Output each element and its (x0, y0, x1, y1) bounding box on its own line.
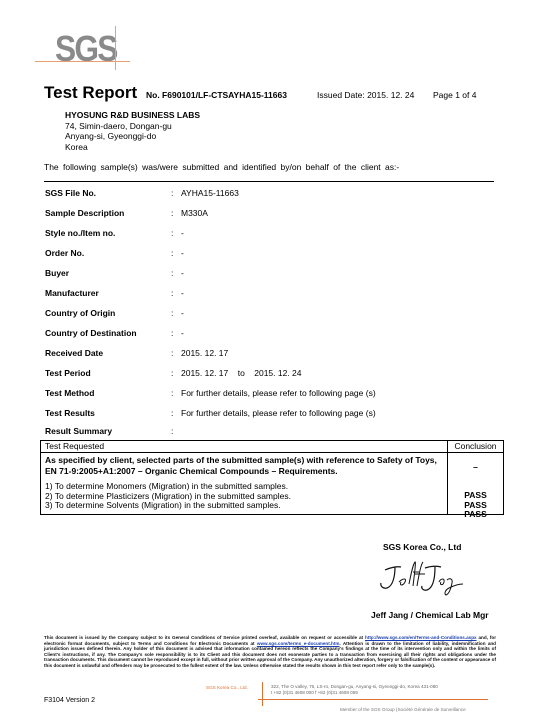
form-version: F3104 Version 2 (44, 697, 95, 704)
field-value: For further details, please refer to fol… (181, 388, 376, 398)
field-label: Test Period (45, 368, 170, 378)
footer-address-line: 322, The O valley, 76, LS-ro, Dongan-gu,… (271, 684, 438, 690)
client-address-block: HYOSUNG R&D BUSINESS LABS 74, Simin-daer… (65, 110, 200, 152)
footer-phone-line: t +82 (0)31 4608 000 f +82 (0)31 4608 05… (271, 690, 438, 696)
field-value: 2015. 12. 17 (181, 348, 228, 358)
footer-divider-vertical (262, 682, 263, 706)
field-value: - (181, 328, 184, 338)
footer-divider-horizontal (258, 699, 488, 700)
header-test-requested: Test Requested (41, 441, 448, 452)
field-separator: : (171, 288, 173, 298)
field-separator: : (171, 328, 173, 338)
field-value: - (181, 248, 184, 258)
field-separator: : (171, 368, 173, 378)
field-label: Received Date (45, 348, 170, 358)
field-label: Country of Origin (45, 308, 170, 318)
field-separator: : (171, 228, 173, 238)
field-label: SGS File No. (45, 188, 170, 198)
field-value: - (181, 308, 184, 318)
field-label: Country of Destination (45, 328, 170, 338)
intro-statement: The following sample(s) was/were submitt… (44, 162, 399, 172)
sgs-group-membership: Member of the SGS Group (Société Général… (340, 707, 466, 712)
field-value: AYHA15-11663 (181, 188, 239, 198)
field-value: M330A (181, 208, 208, 218)
client-name: HYOSUNG R&D BUSINESS LABS (65, 110, 200, 121)
field-separator: : (171, 408, 173, 418)
sgs-logo: SGS (55, 28, 117, 70)
field-label: Order No. (45, 248, 170, 258)
legal-disclaimer: This document is issued by the Company s… (44, 635, 496, 669)
test-specification: As specified by client, selected parts o… (45, 455, 443, 476)
field-separator: : (171, 248, 173, 258)
table-row: As specified by client, selected parts o… (41, 453, 503, 514)
result-summary-table: Test Requested Conclusion As specified b… (40, 440, 504, 515)
field-label: Test Results (45, 408, 170, 418)
test-conclusion: PASS (448, 510, 503, 520)
field-label: Sample Description (45, 208, 170, 218)
field-separator: : (171, 388, 173, 398)
field-separator: : (171, 208, 173, 218)
signing-company: SGS Korea Co., Ltd (383, 542, 461, 552)
footer-company: SGS Korea Co., Ltd. (206, 685, 248, 690)
field-separator: : (171, 308, 173, 318)
header-conclusion: Conclusion (448, 441, 503, 452)
issued-date: Issued Date: 2015. 12. 24 (317, 90, 414, 100)
handwritten-signature (375, 558, 465, 603)
field-separator: : (171, 426, 173, 436)
report-title: Test Report (44, 83, 137, 103)
field-label: Style no./Item no. (45, 228, 170, 238)
field-label: Buyer (45, 268, 170, 278)
divider (44, 181, 494, 182)
footer-address: 322, The O valley, 76, LS-ro, Dongan-gu,… (271, 684, 438, 695)
client-address-line: Anyang-si, Gyeonggi-do (65, 131, 200, 142)
field-separator: : (171, 188, 173, 198)
client-address-line: Korea (65, 142, 200, 153)
field-label: Manufacturer (45, 288, 170, 298)
field-value: - (181, 228, 184, 238)
field-value: 2015. 12. 17 to 2015. 12. 24 (181, 368, 302, 378)
spec-conclusion: – (448, 463, 503, 473)
e-document-terms-link[interactable]: www.sgs.com/terms_e-document.htm (257, 641, 340, 646)
field-label: Test Method (45, 388, 170, 398)
field-label: Result Summary (45, 426, 170, 436)
report-number: No. F690101/LF-CTSAYHA15-11663 (146, 90, 287, 100)
field-value: - (181, 288, 184, 298)
disclaimer-text: This document is issued by the Company s… (44, 635, 365, 640)
field-separator: : (171, 268, 173, 278)
field-value: - (181, 268, 184, 278)
field-separator: : (171, 348, 173, 358)
client-address-line: 74, Simin-daero, Dongan-gu (65, 121, 200, 132)
test-item: 3) To determine Solvents (Migration) in … (45, 501, 443, 511)
table-header-row: Test Requested Conclusion (41, 441, 503, 453)
terms-link[interactable]: http://www.sgs.com/en/Terms-and-Conditio… (365, 635, 477, 640)
logo-crosshair-vertical (115, 26, 116, 70)
page-number: Page 1 of 4 (433, 90, 476, 100)
signer-name-title: Jeff Jang / Chemical Lab Mgr (371, 610, 489, 620)
field-value: For further details, please refer to fol… (181, 408, 376, 418)
